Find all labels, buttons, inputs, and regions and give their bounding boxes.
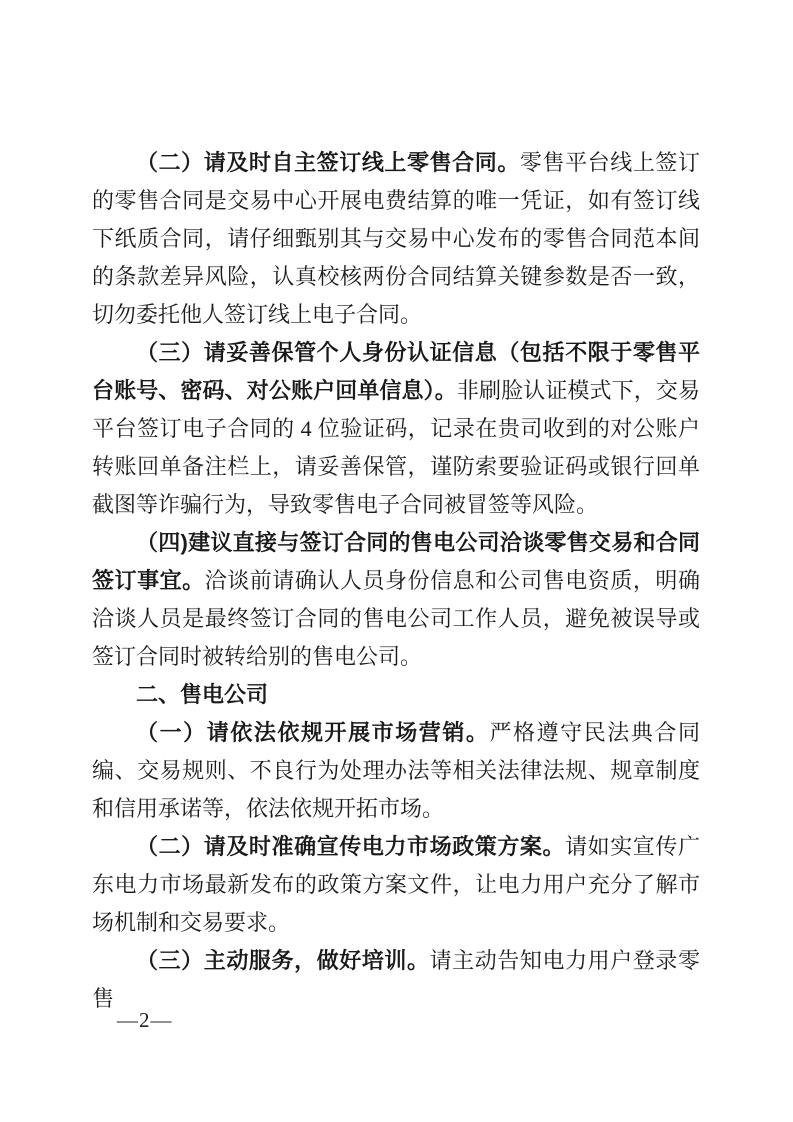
page-number: —2— [117, 1006, 173, 1034]
document-page: （二）请及时自主签订线上零售合同。零售平台线上签订的零售合同是交易中心开展电费结… [0, 0, 793, 1122]
paragraph: （三）主动服务，做好培训。请主动告知电力用户登录零售 [92, 942, 700, 1018]
paragraph-text: 零售平台线上签订的零售合同是交易中心开展电费结算的唯一凭证，如有签订线下纸质合同… [92, 150, 700, 327]
paragraph: （二）请及时自主签订线上零售合同。零售平台线上签订的零售合同是交易中心开展电费结… [92, 144, 700, 334]
document-body: （二）请及时自主签订线上零售合同。零售平台线上签订的零售合同是交易中心开展电费结… [92, 144, 700, 1018]
paragraph: （三）请妥善保管个人身份认证信息（包括不限于零售平台账号、密码、对公账户回单信息… [92, 334, 700, 524]
paragraph-lead: （三）主动服务，做好培训。 [136, 948, 430, 973]
paragraph: （四)建议直接与签订合同的售电公司洽谈零售交易和合同签订事宜。洽谈前请确认人员身… [92, 524, 700, 676]
section-heading: 二、售电公司 [92, 676, 700, 714]
paragraph: （一）请依法依规开展市场营销。严格遵守民法典合同编、交易规则、不良行为处理办法等… [92, 714, 700, 828]
paragraph-lead: （二）请及时自主签订线上零售合同。 [136, 150, 520, 175]
paragraph-lead: （二）请及时准确宣传电力市场政策方案。 [136, 834, 565, 859]
paragraph-lead: （一）请依法依规开展市场营销。 [136, 720, 489, 745]
paragraph: （二）请及时准确宣传电力市场政策方案。请如实宣传广东电力市场最新发布的政策方案文… [92, 828, 700, 942]
